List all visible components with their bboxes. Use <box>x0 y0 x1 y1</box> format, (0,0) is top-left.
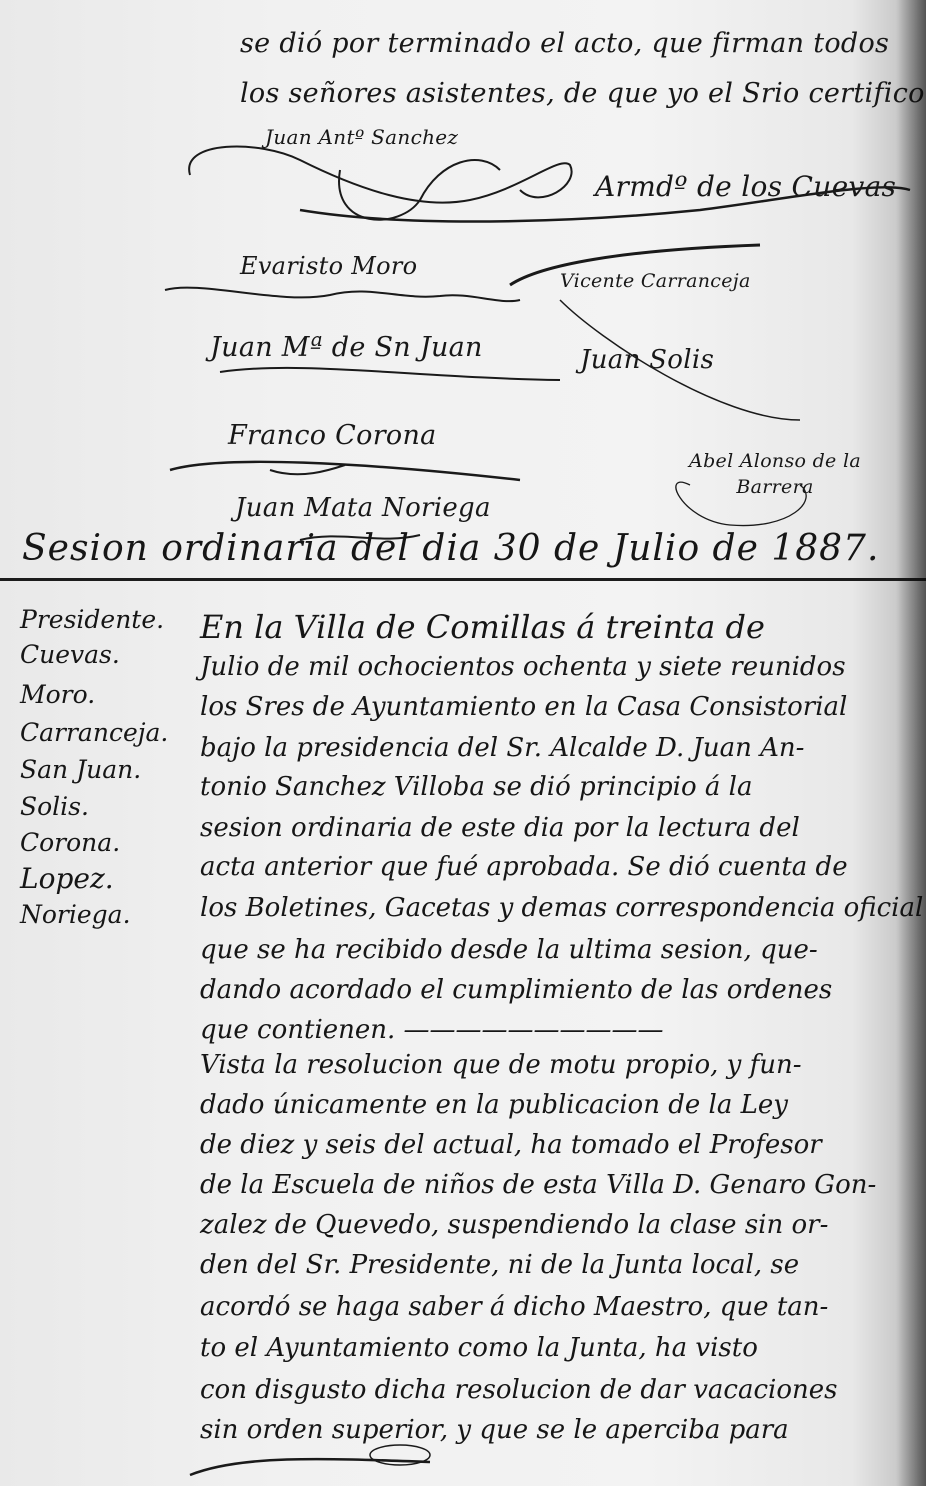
body-line: Julio de mil ochocientos ochenta y siete… <box>200 652 846 682</box>
manuscript-page: se dió por terminado el acto, que firman… <box>0 0 926 1486</box>
body-line: En la Villa de Comillas á treinta de <box>200 608 765 646</box>
margin-attendee: San Juan. <box>20 755 141 784</box>
margin-attendee: Noriega. <box>20 900 131 929</box>
body-line: acta anterior que fué aprobada. Se dió c… <box>200 852 848 882</box>
body-line: los Boletines, Gacetas y demas correspon… <box>200 893 923 923</box>
body-line: sesion ordinaria de este dia por la lect… <box>200 813 800 843</box>
body-line: que se ha recibido desde la ultima sesio… <box>200 935 818 965</box>
body-line: dando acordado el cumplimiento de las or… <box>200 975 832 1005</box>
body-line: de la Escuela de niños de esta Villa D. … <box>200 1170 876 1200</box>
margin-attendee: Carranceja. <box>20 718 168 747</box>
margin-attendee: Solis. <box>20 792 89 821</box>
body-line: zalez de Quevedo, suspendiendo la clase … <box>200 1210 828 1240</box>
session-title: Sesion ordinaria del dia 30 de Julio de … <box>22 528 879 569</box>
margin-attendee: Presidente. <box>20 605 164 634</box>
margin-attendee: Lopez. <box>20 862 114 895</box>
body-line: con disgusto dicha resolucion de dar vac… <box>200 1375 837 1405</box>
margin-attendee: Cuevas. <box>20 640 120 669</box>
body-line: que contienen. —————————— <box>200 1015 664 1045</box>
body-line: sin orden superior, y que se le aperciba… <box>200 1415 789 1445</box>
body-line: den del Sr. Presidente, ni de la Junta l… <box>200 1250 799 1280</box>
body-line: acordó se haga saber á dicho Maestro, qu… <box>200 1292 828 1322</box>
body-line: tonio Sanchez Villoba se dió principio á… <box>200 772 752 802</box>
body-line: los Sres de Ayuntamiento en la Casa Cons… <box>200 692 847 722</box>
page-edge-shadow <box>896 0 926 1486</box>
body-line: to el Ayuntamiento como la Junta, ha vis… <box>200 1333 758 1363</box>
body-line: dado únicamente en la publicacion de la … <box>200 1090 788 1120</box>
signature-flourishes-icon <box>0 0 926 580</box>
body-line: Vista la resolucion que de motu propio, … <box>200 1050 802 1080</box>
margin-attendee: Corona. <box>20 828 120 857</box>
bottom-loop-icon <box>360 1440 440 1470</box>
body-line: de diez y seis del actual, ha tomado el … <box>200 1130 822 1160</box>
margin-attendee: Moro. <box>20 680 95 709</box>
body-line: bajo la presidencia del Sr. Alcalde D. J… <box>200 733 804 763</box>
title-rule <box>0 578 926 581</box>
